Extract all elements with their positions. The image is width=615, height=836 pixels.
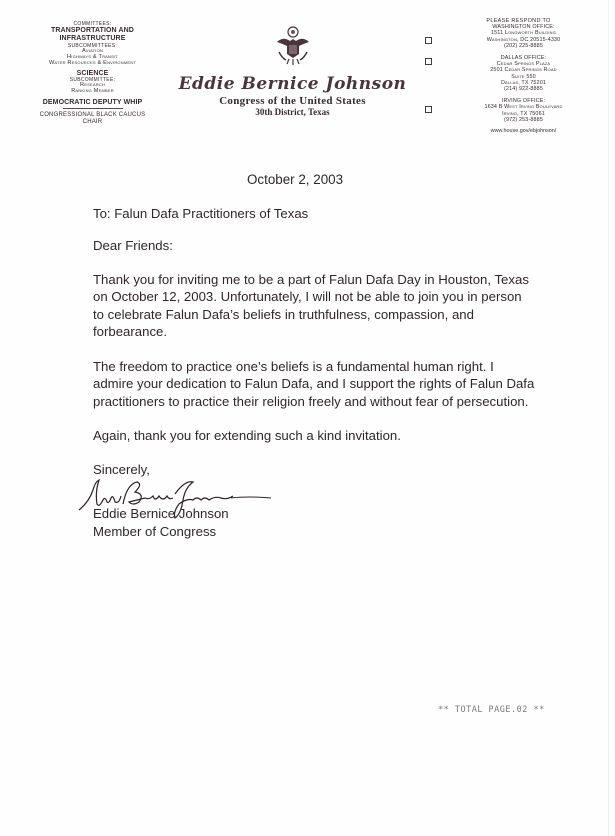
office-irving: IRVING OFFICE: 1634 B West Irving Boulev…	[420, 98, 605, 124]
subcommittee-item: Ranking Member	[30, 89, 155, 95]
signer-title: Member of Congress	[93, 524, 216, 539]
deputy-whip-role: DEMOCRATIC DEPUTY WHIP	[30, 99, 155, 106]
paragraph-line: on October 12, 2003. Unfortunately, I wi…	[93, 288, 563, 305]
salutation: Dear Friends:	[93, 238, 173, 253]
paragraph-line: to celebrate Falun Dafa’s beliefs in tru…	[93, 306, 563, 323]
caucus-line2: CHAIR	[30, 119, 155, 125]
paragraph-line: Again, thank you for extending such a ki…	[93, 427, 563, 444]
fax-page-count: ** TOTAL PAGE.02 **	[438, 705, 545, 715]
member-name-heading: Eddie Bernice Johnson	[170, 74, 415, 94]
great-seal-icon	[273, 24, 313, 66]
office-checkbox[interactable]	[425, 106, 432, 113]
office-dallas: DALLAS OFFICE: Cedar Springs Plaza 2501 …	[420, 55, 605, 93]
paragraph-line: Thank you for inviting me to be a part o…	[93, 271, 563, 288]
paragraph-2: The freedom to practice one’s beliefs is…	[93, 358, 563, 410]
office-phone: (202) 225-8885	[442, 43, 605, 49]
letter-date: October 2, 2003	[247, 172, 343, 187]
office-washington: WASHINGTON OFFICE: 1511 Longworth Buildi…	[420, 24, 605, 50]
subcommittee-item: Water Resources & Environment	[30, 61, 155, 67]
recipient-line: To: Falun Dafa Practitioners of Texas	[93, 206, 308, 221]
office-checkbox[interactable]	[425, 37, 432, 44]
paragraph-1: Thank you for inviting me to be a part o…	[93, 271, 563, 341]
caucus-line1: CONGRESSIONAL BLACK CAUCUS	[30, 112, 155, 118]
committee-transportation-line1: TRANSPORTATION AND	[30, 27, 155, 34]
congress-title: Congress of the United States	[170, 95, 415, 107]
paragraph-line: practitioners to practice their religion…	[93, 393, 563, 410]
signer-name: Eddie Bernice Johnson	[93, 506, 229, 521]
office-checkbox[interactable]	[425, 58, 432, 65]
office-phone: (214) 922-8885	[442, 86, 605, 92]
website-link[interactable]: www.house.gov/ebjohnson/	[442, 128, 605, 134]
committee-transportation-line2: INFRASTRUCTURE	[30, 35, 155, 42]
letter-page: COMMITTEES: TRANSPORTATION AND INFRASTRU…	[0, 0, 615, 836]
district-label: 30th District, Texas	[170, 107, 415, 117]
committee-science: SCIENCE	[30, 70, 155, 77]
offices-column: PLEASE RESPOND TO WASHINGTON OFFICE: 151…	[420, 18, 605, 134]
committees-column: COMMITTEES: TRANSPORTATION AND INFRASTRU…	[30, 22, 155, 125]
paragraph-line: forbearance.	[93, 323, 563, 340]
paragraph-3: Again, thank you for extending such a ki…	[93, 427, 563, 444]
paragraph-line: The freedom to practice one’s beliefs is…	[93, 358, 563, 375]
paragraph-line: admire your dedication to Falun Dafa, an…	[93, 375, 563, 392]
office-phone: (972) 253-8885	[442, 117, 605, 123]
divider	[63, 108, 123, 109]
letterhead-center: Eddie Bernice Johnson Congress of the Un…	[170, 24, 415, 117]
